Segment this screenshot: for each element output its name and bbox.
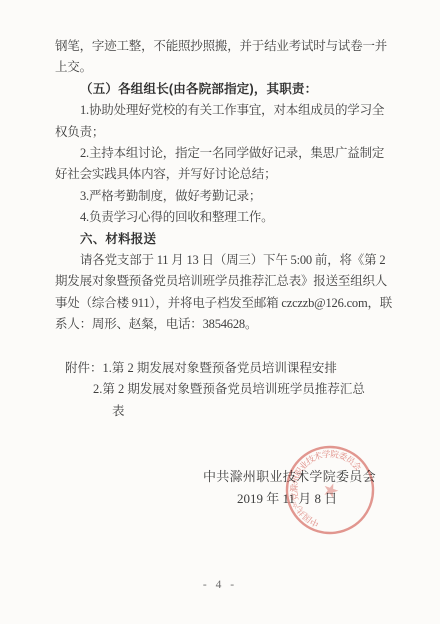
page-number: - 4 - xyxy=(0,579,440,591)
body-text: 钢笔，字迹工整，不能照抄照搬，并于结业考试时与试卷一并 上交。 （五）各组组长(… xyxy=(55,36,389,336)
body-line: 4.负责学习心得的回收和整理工作。 xyxy=(55,207,389,228)
section-heading-5: （五）各组组长(由各院部指定)，其职责： xyxy=(55,79,389,100)
body-line: 3.严格考勤制度，做好考勤记录； xyxy=(55,186,389,207)
body-line: 期发展对象暨预备党员培训班学员推荐汇总表》报送至组织人 xyxy=(55,271,389,292)
body-line: 1.协助处理好党校的有关工作事宜，对本组成员的学习全 xyxy=(55,100,389,121)
attachment-line: 附件：1.第 2 期发展对象暨预备党员培训课程安排 xyxy=(65,358,365,379)
signature-date: 2019 年 11 月 8 日 xyxy=(237,488,337,507)
section-heading-6: 六、材料报送 xyxy=(55,229,389,250)
attachment-line: 表 xyxy=(65,401,365,422)
body-line: 事处（综合楼 911），并将电子档发至邮箱 czczzb@126.com，联 xyxy=(55,293,389,314)
attachments-block: 附件：1.第 2 期发展对象暨预备党员培训课程安排 2.第 2 期发展对象暨预备… xyxy=(65,358,365,422)
signature-organization: 中共滁州职业技术学院委员会 xyxy=(203,466,376,485)
document-page: 钢笔，字迹工整，不能照抄照搬，并于结业考试时与试卷一并 上交。 （五）各组组长(… xyxy=(0,0,440,624)
body-line: 系人：周形、赵粲，电话：3854628。 xyxy=(55,314,389,335)
body-line: 上交。 xyxy=(55,57,389,78)
body-line: 权负责； xyxy=(55,122,389,143)
body-line: 钢笔，字迹工整，不能照抄照搬，并于结业考试时与试卷一并 xyxy=(55,36,389,57)
attachment-line: 2.第 2 期发展对象暨预备党员培训班学员推荐汇总 xyxy=(65,379,365,400)
body-line: 请各党支部于 11 月 13 日（周三）下午 5:00 前，将《第 2 xyxy=(55,250,389,271)
body-line: 2.主持本组讨论，指定一名同学做好记录，集思广益制定 xyxy=(55,143,389,164)
body-line: 好社会实践具体内容，并写好讨论总结； xyxy=(55,164,389,185)
